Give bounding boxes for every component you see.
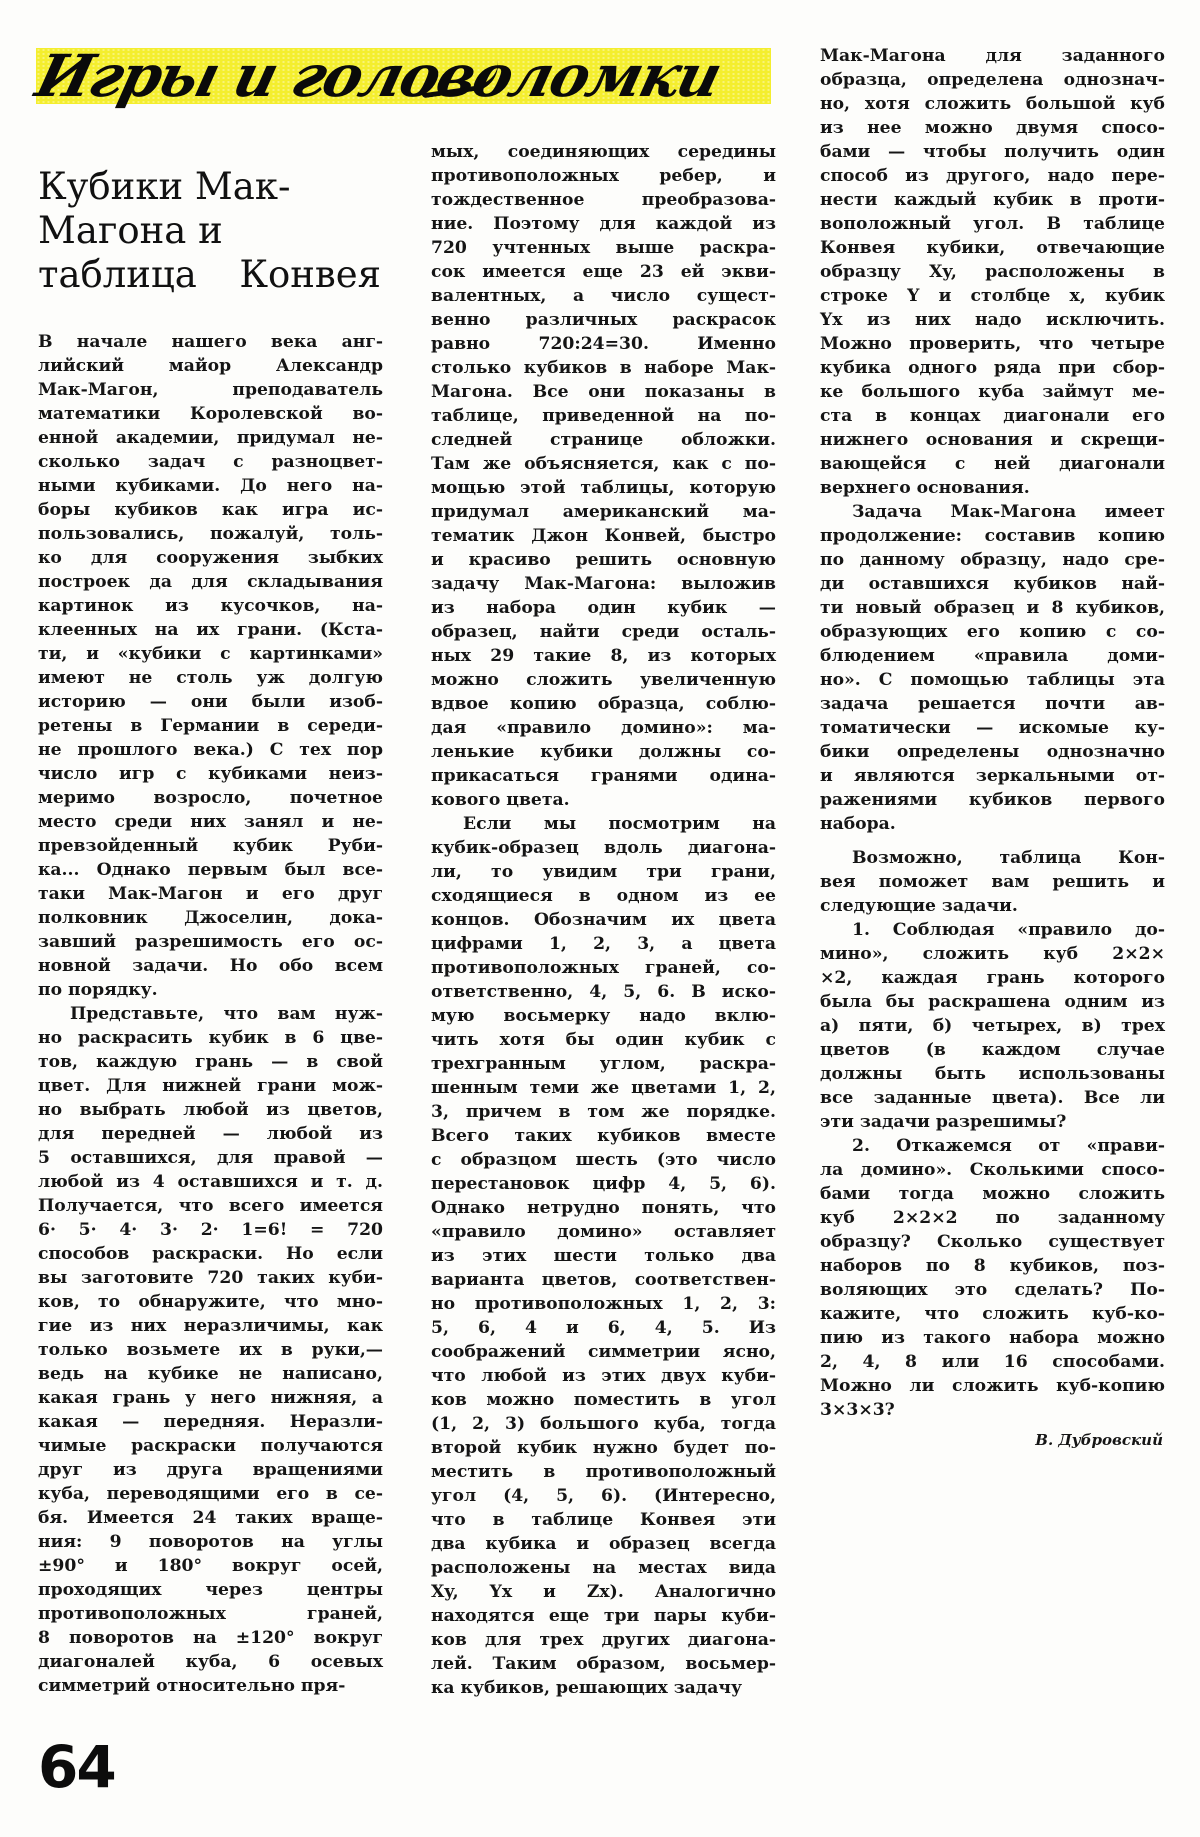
text-line: из набора один кубик — — [431, 596, 776, 620]
text-line: кубик-образец вдоль диагона- — [431, 836, 776, 860]
text-line: воположный угол. В таблице — [820, 212, 1165, 236]
text-line: образцу? Сколько существует — [820, 1230, 1165, 1254]
text-line: бами — чтобы получить один — [820, 140, 1165, 164]
text-line: Представьте, что вам нуж- — [38, 1002, 383, 1026]
text-line: 720 учтенных выше раскра- — [431, 236, 776, 260]
text-line: Всего таких кубиков вместе — [431, 1124, 776, 1148]
text-line: должны быть использованы — [820, 1062, 1165, 1086]
text-line: следней странице обложки. — [431, 428, 776, 452]
text-line: угол (4, 5, 6). (Интересно, — [431, 1484, 776, 1508]
text-line: В начале нашего века анг- — [38, 330, 383, 354]
text-line: два кубика и образец всегда — [431, 1532, 776, 1556]
text-line: Задача Мак-Магона имеет — [820, 500, 1165, 524]
text-line: ла домино». Сколькими спосо- — [820, 1158, 1165, 1182]
text-line: ке большого куба займут ме- — [820, 380, 1165, 404]
text-line: противоположных граней, — [38, 1602, 383, 1626]
text-line: тов, каждую грань — в свой — [38, 1050, 383, 1074]
text-line: из этих шести только два — [431, 1244, 776, 1268]
text-line: 2. Откажемся от «прави- — [820, 1134, 1165, 1158]
text-line: вы заготовите 720 таких куби- — [38, 1266, 383, 1290]
text-line: наборов по 8 кубиков, поз- — [820, 1254, 1165, 1278]
title-word: Конвея — [239, 253, 381, 297]
title-line: Кубики Мак- — [38, 165, 388, 209]
text-line: образца, определена однознач- — [820, 68, 1165, 92]
text-line: кубика одного ряда при сбор- — [820, 356, 1165, 380]
text-line: Мак-Магон, преподаватель — [38, 378, 383, 402]
text-line: Там же объясняется, как с по- — [431, 452, 776, 476]
text-line: цифрами 1, 2, 3, а цвета — [431, 932, 776, 956]
text-line: ков, то обнаружите, что мно- — [38, 1290, 383, 1314]
text-line: Yx из них надо исключить. — [820, 308, 1165, 332]
text-line: мых, соединяющих середины — [431, 140, 776, 164]
text-line: ведь на кубике не написано, — [38, 1362, 383, 1386]
text-line: ка кубиков, решающих задачу — [431, 1676, 776, 1700]
text-line: друг из друга вращениями — [38, 1458, 383, 1482]
text-line: можно сложить увеличенную — [431, 668, 776, 692]
text-line: эти задачи разрешимы? — [820, 1110, 1165, 1134]
text-line: вея поможет вам решить и — [820, 870, 1165, 894]
text-line: концов. Обозначим их цвета — [431, 908, 776, 932]
text-line: симметрий относительно пря- — [38, 1674, 383, 1698]
text-line: но, хотя сложить большой куб — [820, 92, 1165, 116]
text-line: вдвое копию образца, соблю- — [431, 692, 776, 716]
text-line: кового цвета. — [431, 788, 776, 812]
text-line: Получается, что всего имеется — [38, 1194, 383, 1218]
text-line: сходящиеся в одном из ее — [431, 884, 776, 908]
text-line: боры кубиков как игра ис- — [38, 498, 383, 522]
text-line: пользовались, пожалуй, толь- — [38, 522, 383, 546]
text-line: проходящих через центры — [38, 1578, 383, 1602]
text-line: следующие задачи. — [820, 894, 1165, 918]
text-line: ния: 9 поворотов на углы — [38, 1530, 383, 1554]
text-line: куба, переводящими его в се- — [38, 1482, 383, 1506]
title-line: таблица Конвея — [38, 253, 381, 297]
text-line: варианта цветов, соответствен- — [431, 1268, 776, 1292]
text-line: ние. Поэтому для каждой из — [431, 212, 776, 236]
text-line: Возможно, таблица Кон- — [820, 846, 1165, 870]
text-line: продолжение: составив копию — [820, 524, 1165, 548]
text-line: придумал американский ма- — [431, 500, 776, 524]
text-line: цвет. Для нижней грани мож- — [38, 1074, 383, 1098]
text-line: таблице, приведенной на по- — [431, 404, 776, 428]
text-line: воляющих это сделать? По- — [820, 1278, 1165, 1302]
text-line: находятся еще три пары куби- — [431, 1604, 776, 1628]
text-column-left: В начале нашего века анг-лийский майор А… — [38, 330, 383, 1698]
text-line: образующих его копию с со- — [820, 620, 1165, 644]
text-line: ответственно, 4, 5, 6. В иско- — [431, 980, 776, 1004]
text-line: из нее можно двумя спосо- — [820, 116, 1165, 140]
text-line: Можно проверить, что четыре — [820, 332, 1165, 356]
text-line: равно 720:24=30. Именно — [431, 332, 776, 356]
rubric-heading: Игры и головоломки — [26, 26, 611, 126]
text-line: сколько задач с разноцвет- — [38, 450, 383, 474]
text-line: для передней — любой из — [38, 1122, 383, 1146]
title-line: Магона и — [38, 209, 388, 253]
text-line: какая грань у него нижняя, а — [38, 1386, 383, 1410]
text-line: способ из другого, надо пере- — [820, 164, 1165, 188]
text-line: любой из 4 оставшихся и т. д. — [38, 1170, 383, 1194]
text-line: бики определены однозначно — [820, 740, 1165, 764]
text-line: пию из такого набора можно — [820, 1326, 1165, 1350]
text-line: превзойденный кубик Руби- — [38, 834, 383, 858]
text-line: ных 29 такие 8, из которых — [431, 644, 776, 668]
text-line: полковник Джоселин, дока- — [38, 906, 383, 930]
text-line: бами тогда можно сложить — [820, 1182, 1165, 1206]
text-line: трехгранным углом, раскра- — [431, 1052, 776, 1076]
text-line: Магона. Все они показаны в — [431, 380, 776, 404]
text-line: 3×3×3? — [820, 1398, 1165, 1422]
text-line: построек да для складывания — [38, 570, 383, 594]
text-line: сок имеется еще 23 ей экви- — [431, 260, 776, 284]
text-line: дая «правило домино»: ма- — [431, 716, 776, 740]
text-line: ди оставшихся кубиков най- — [820, 572, 1165, 596]
text-line: но противоположных 1, 2, 3: — [431, 1292, 776, 1316]
text-line: диагоналей куба, 6 осевых — [38, 1650, 383, 1674]
text-line: имеют не столь уж долгую — [38, 666, 383, 690]
text-line: гие из них неразличимы, как — [38, 1314, 383, 1338]
text-line: 5, 6, 4 и 6, 4, 5. Из — [431, 1316, 776, 1340]
text-line: соображений симметрии ясно, — [431, 1340, 776, 1364]
text-line: чить хотя бы один кубик с — [431, 1028, 776, 1052]
text-line: местить в противоположный — [431, 1460, 776, 1484]
text-line: ×2, каждая грань которого — [820, 966, 1165, 990]
text-line: перестановок цифр 4, 5, 6). — [431, 1172, 776, 1196]
text-line: нести каждый кубик в проти- — [820, 188, 1165, 212]
text-line: 1. Соблюдая «правило до- — [820, 918, 1165, 942]
text-line: набора. — [820, 812, 1165, 836]
text-line: ражениями кубиков первого — [820, 788, 1165, 812]
text-line: лей. Таким образом, восьмер- — [431, 1652, 776, 1676]
text-column-right: Мак-Магона для заданногообразца, определ… — [820, 44, 1165, 1452]
text-line: ти, и «кубики с картинками» — [38, 642, 383, 666]
text-line: строке Y и столбце x, кубик — [820, 284, 1165, 308]
text-line: нижнего основания и скрещи- — [820, 428, 1165, 452]
text-line: таки Мак-Магон и его друг — [38, 882, 383, 906]
text-line: была бы раскрашена одним из — [820, 990, 1165, 1014]
text-line: расположены на местах вида — [431, 1556, 776, 1580]
text-line: клеенных на их грани. (Кста- — [38, 618, 383, 642]
magazine-page: Игры и головоломки Кубики Мак- Магона и … — [0, 0, 1200, 1837]
text-line: противоположных граней, со- — [431, 956, 776, 980]
title-word: таблица — [38, 253, 197, 297]
text-line: тождественное преобразова- — [431, 188, 776, 212]
text-line: образец, найти среди осталь- — [431, 620, 776, 644]
page-number: 64 — [38, 1735, 115, 1799]
text-line: шенным теми же цветами 1, 2, — [431, 1076, 776, 1100]
text-line: число игр с кубиками неиз- — [38, 762, 383, 786]
text-line: способов раскраски. Но если — [38, 1242, 383, 1266]
text-line: завший разрешимость его ос- — [38, 930, 383, 954]
text-line: место среди них занял и не- — [38, 810, 383, 834]
text-line: Xy, Yx и Zx). Аналогично — [431, 1580, 776, 1604]
text-line: ленькие кубики должны со- — [431, 740, 776, 764]
text-line: историю — они были изоб- — [38, 690, 383, 714]
text-line: математики Королевской во- — [38, 402, 383, 426]
text-line: что в таблице Конвея эти — [431, 1508, 776, 1532]
text-line: валентных, а число сущест- — [431, 284, 776, 308]
text-line: но выбрать любой из цветов, — [38, 1098, 383, 1122]
text-line: по данному образцу, надо сре- — [820, 548, 1165, 572]
text-line: только возьмете их в руки,— — [38, 1338, 383, 1362]
text-line: но». С помощью таблицы эта — [820, 668, 1165, 692]
text-line: столько кубиков в наборе Мак- — [431, 356, 776, 380]
article-title: Кубики Мак- Магона и таблица Конвея — [38, 165, 388, 297]
text-line: вающейся с ней диагонали — [820, 452, 1165, 476]
text-line: (1, 2, 3) большого куба, тогда — [431, 1412, 776, 1436]
author-signature: В. Дубровский — [820, 1428, 1165, 1452]
text-line: Мак-Магона для заданного — [820, 44, 1165, 68]
text-line: ретены в Германии в середи- — [38, 714, 383, 738]
text-line: мую восьмерку надо вклю- — [431, 1004, 776, 1028]
text-line: ков для трех других диагона- — [431, 1628, 776, 1652]
text-line: мино», сложить куб 2×2× — [820, 942, 1165, 966]
text-line: бя. Имеется 24 таких враще- — [38, 1506, 383, 1530]
text-line: противоположных ребер, и — [431, 164, 776, 188]
text-line: картинок из кусочков, на- — [38, 594, 383, 618]
text-line: ти новый образец и 8 кубиков, — [820, 596, 1165, 620]
text-line: ли, то увидим три грани, — [431, 860, 776, 884]
text-line: ными кубиками. До него на- — [38, 474, 383, 498]
text-line: не прошлого века.) С тех пор — [38, 738, 383, 762]
text-line: с образцом шесть (это число — [431, 1148, 776, 1172]
text-line: какая — передняя. Неразли- — [38, 1410, 383, 1434]
text-line: меримо возросло, почетное — [38, 786, 383, 810]
text-line: задачу Мак-Магона: выложив — [431, 572, 776, 596]
text-line: 5 оставшихся, для правой — — [38, 1146, 383, 1170]
text-line: 8 поворотов на ±120° вокруг — [38, 1626, 383, 1650]
text-line: и являются зеркальными от- — [820, 764, 1165, 788]
text-line: ±90° и 180° вокруг осей, — [38, 1554, 383, 1578]
text-line: цветов (в каждом случае — [820, 1038, 1165, 1062]
text-line: «правило домино» оставляет — [431, 1220, 776, 1244]
paragraph-gap — [820, 836, 1165, 846]
text-line: второй кубик нужно будет по- — [431, 1436, 776, 1460]
text-line: ста в концах диагонали его — [820, 404, 1165, 428]
text-line: образцу Xy, расположены в — [820, 260, 1165, 284]
text-line: новной задачи. Но обо всем — [38, 954, 383, 978]
text-line: 6· 5· 4· 3· 2· 1=6! = 720 — [38, 1218, 383, 1242]
text-line: но раскрасить кубик в 6 цве- — [38, 1026, 383, 1050]
text-line: ко для сооружения зыбких — [38, 546, 383, 570]
text-line: и красиво решить основную — [431, 548, 776, 572]
text-line: томатически — искомые ку- — [820, 716, 1165, 740]
text-line: верхнего основания. — [820, 476, 1165, 500]
text-line: ка... Однако первым был все- — [38, 858, 383, 882]
text-column-middle: мых, соединяющих серединыпротивоположных… — [431, 140, 776, 1700]
text-line: а) пяти, б) четырех, в) трех — [820, 1014, 1165, 1038]
text-line: задача решается почти ав- — [820, 692, 1165, 716]
text-line: лийский майор Александр — [38, 354, 383, 378]
text-line: тематик Джон Конвей, быстро — [431, 524, 776, 548]
text-line: куб 2×2×2 по заданному — [820, 1206, 1165, 1230]
text-line: Можно ли сложить куб-копию — [820, 1374, 1165, 1398]
text-line: все заданные цвета). Все ли — [820, 1086, 1165, 1110]
text-line: Конвея кубики, отвечающие — [820, 236, 1165, 260]
text-line: Если мы посмотрим на — [431, 812, 776, 836]
text-line: мощью этой таблицы, которую — [431, 476, 776, 500]
text-line: чимые раскраски получаются — [38, 1434, 383, 1458]
text-line: кажите, что сложить куб-ко- — [820, 1302, 1165, 1326]
text-line: венно различных раскрасок — [431, 308, 776, 332]
text-line: Однако нетрудно понять, что — [431, 1196, 776, 1220]
text-line: 2, 4, 8 или 16 способами. — [820, 1350, 1165, 1374]
text-line: ков можно поместить в угол — [431, 1388, 776, 1412]
text-line: что любой из этих двух куби- — [431, 1364, 776, 1388]
text-line: блюдением «правила доми- — [820, 644, 1165, 668]
text-line: по порядку. — [38, 978, 383, 1002]
text-line: прикасаться гранями одина- — [431, 764, 776, 788]
text-line: 3, причем в том же порядке. — [431, 1100, 776, 1124]
text-line: енной академии, придумал не- — [38, 426, 383, 450]
